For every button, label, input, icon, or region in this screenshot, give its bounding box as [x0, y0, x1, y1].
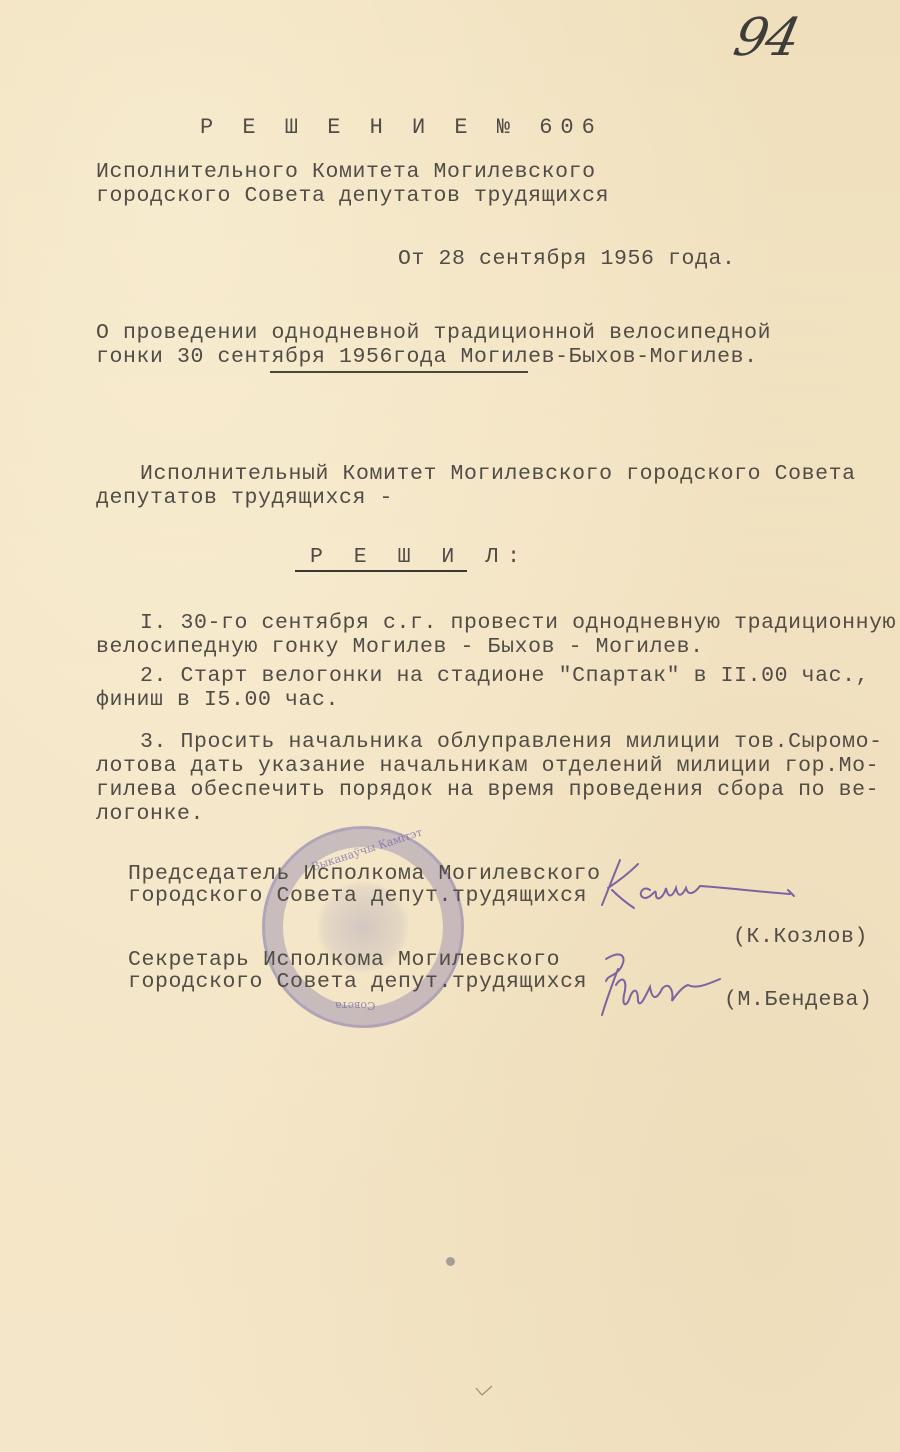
chairman-name: (К.Козлов) [733, 925, 868, 950]
chairman-signature [590, 850, 810, 920]
item-2-line-1: 2. Старт велогонки на стадионе "Спартак"… [140, 664, 869, 689]
document-title: Р Е Ш Е Н И Е № 606 [200, 115, 603, 140]
chairman-title-line-2: городского Совета депут.трудящихся [128, 884, 587, 909]
item-1-line-2: велосипедную гонку Могилев - Быхов - Мог… [96, 635, 704, 660]
secretary-signature [592, 945, 752, 1025]
official-seal-stamp: Выканаўчы Камітэт Совета [262, 826, 464, 1028]
item-3-line-3: гилева обеспечить порядок на время прове… [96, 778, 879, 803]
item-3-line-1: 3. Просить начальника облуправления мили… [140, 730, 883, 755]
item-1-line-1: I. 30-го сентября с.г. провести одноднев… [140, 611, 896, 636]
subject-underline [270, 371, 528, 373]
preamble-line-1: Исполнительный Комитет Могилевского горо… [140, 462, 856, 487]
subject-line-2: гонки 30 сентября 1956года Могилев-Быхов… [96, 345, 758, 370]
secretary-title-line-2: городского Совета депут.трудящихся [128, 970, 587, 995]
document-date: От 28 сентября 1956 года. [398, 247, 736, 272]
issuer-line-2: городского Совета депутатов трудящихся [96, 184, 609, 209]
secretary-name: (М.Бендева) [724, 988, 873, 1013]
page-number: 94 [729, 8, 804, 68]
pencil-checkmark-icon [475, 1385, 493, 1397]
item-2-line-2: финиш в I5.00 час. [96, 688, 339, 713]
subject-line-1: О проведении однодневной традиционной ве… [96, 321, 771, 346]
item-3-line-4: логонке. [96, 802, 204, 827]
document-page [0, 0, 900, 1452]
seal-bottom-text: Совета [335, 999, 375, 1012]
preamble-line-2: депутатов трудящихся - [96, 486, 393, 511]
issuer-line-1: Исполнительного Комитета Могилевского [96, 160, 596, 185]
ink-stain [446, 1257, 455, 1266]
item-3-line-2: лотова дать указание начальникам отделен… [96, 754, 879, 779]
resolved-underline [295, 570, 467, 572]
resolved-heading: Р Е Ш И Л: [310, 545, 529, 570]
